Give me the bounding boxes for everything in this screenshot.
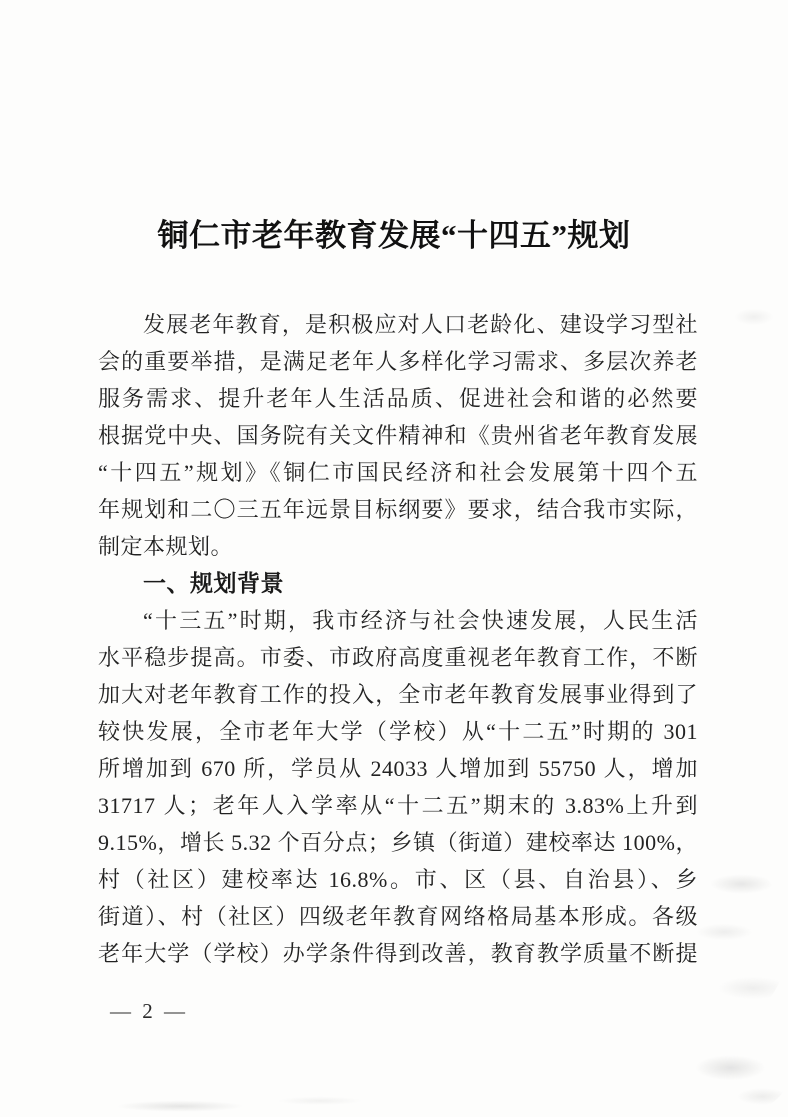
text-line: “十四五”规划》《铜仁市国民经济和社会发展第十四个五: [98, 454, 698, 491]
body-text: 发展老年教育，是积极应对人口老龄化、建设学习型社会的重要举措，是满足老年人多样化…: [98, 306, 698, 972]
text-line: “十三五”时期，我市经济与社会快速发展，人民生活: [98, 602, 698, 639]
text-line: 所增加到 670 所，学员从 24033 人增加到 55750 人，增加: [98, 750, 698, 787]
page-number: — 2 —: [110, 998, 188, 1024]
text-line: 制定本规划。: [98, 528, 698, 565]
scan-smudge: [660, 1035, 788, 1117]
text-line: 街道）、村（社区）四级老年教育网络格局基本形成。各级: [98, 898, 698, 935]
text-line: 村（社区）建校率达 16.8%。市、区（县、自治县）、乡（镇、: [98, 861, 698, 898]
text-line: 9.15%，增长 5.32 个百分点；乡镇（街道）建校率达 100%，: [98, 824, 698, 861]
document-title: 铜仁市老年教育发展“十四五”规划: [0, 214, 788, 258]
text-line: 老年大学（学校）办学条件得到改善，教育教学质量不断提: [98, 935, 698, 972]
text-line: 31717 人；老年人入学率从“十二五”期末的 3.83%上升到: [98, 787, 698, 824]
section-heading: 一、规划背景: [98, 565, 698, 602]
text-line: 发展老年教育，是积极应对人口老龄化、建设学习型社: [98, 306, 698, 343]
text-line: 根据党中央、国务院有关文件精神和《贵州省老年教育发展: [98, 417, 698, 454]
scan-smudge: [720, 292, 788, 342]
scan-smudge: [40, 1090, 440, 1117]
scanned-document-page: 铜仁市老年教育发展“十四五”规划 发展老年教育，是积极应对人口老龄化、建设学习型…: [0, 0, 788, 1117]
text-line: 较快发展，全市老年大学（学校）从“十二五”时期的 301: [98, 713, 698, 750]
text-line: 会的重要举措，是满足老年人多样化学习需求、多层次养老: [98, 343, 698, 380]
text-line: 服务需求、提升老年人生活品质、促进社会和谐的必然要求。: [98, 380, 698, 417]
text-line: 年规划和二〇三五年远景目标纲要》要求，结合我市实际，: [98, 491, 698, 528]
text-line: 加大对老年教育工作的投入，全市老年教育发展事业得到了: [98, 676, 698, 713]
text-line: 水平稳步提高。市委、市政府高度重视老年教育工作，不断: [98, 639, 698, 676]
